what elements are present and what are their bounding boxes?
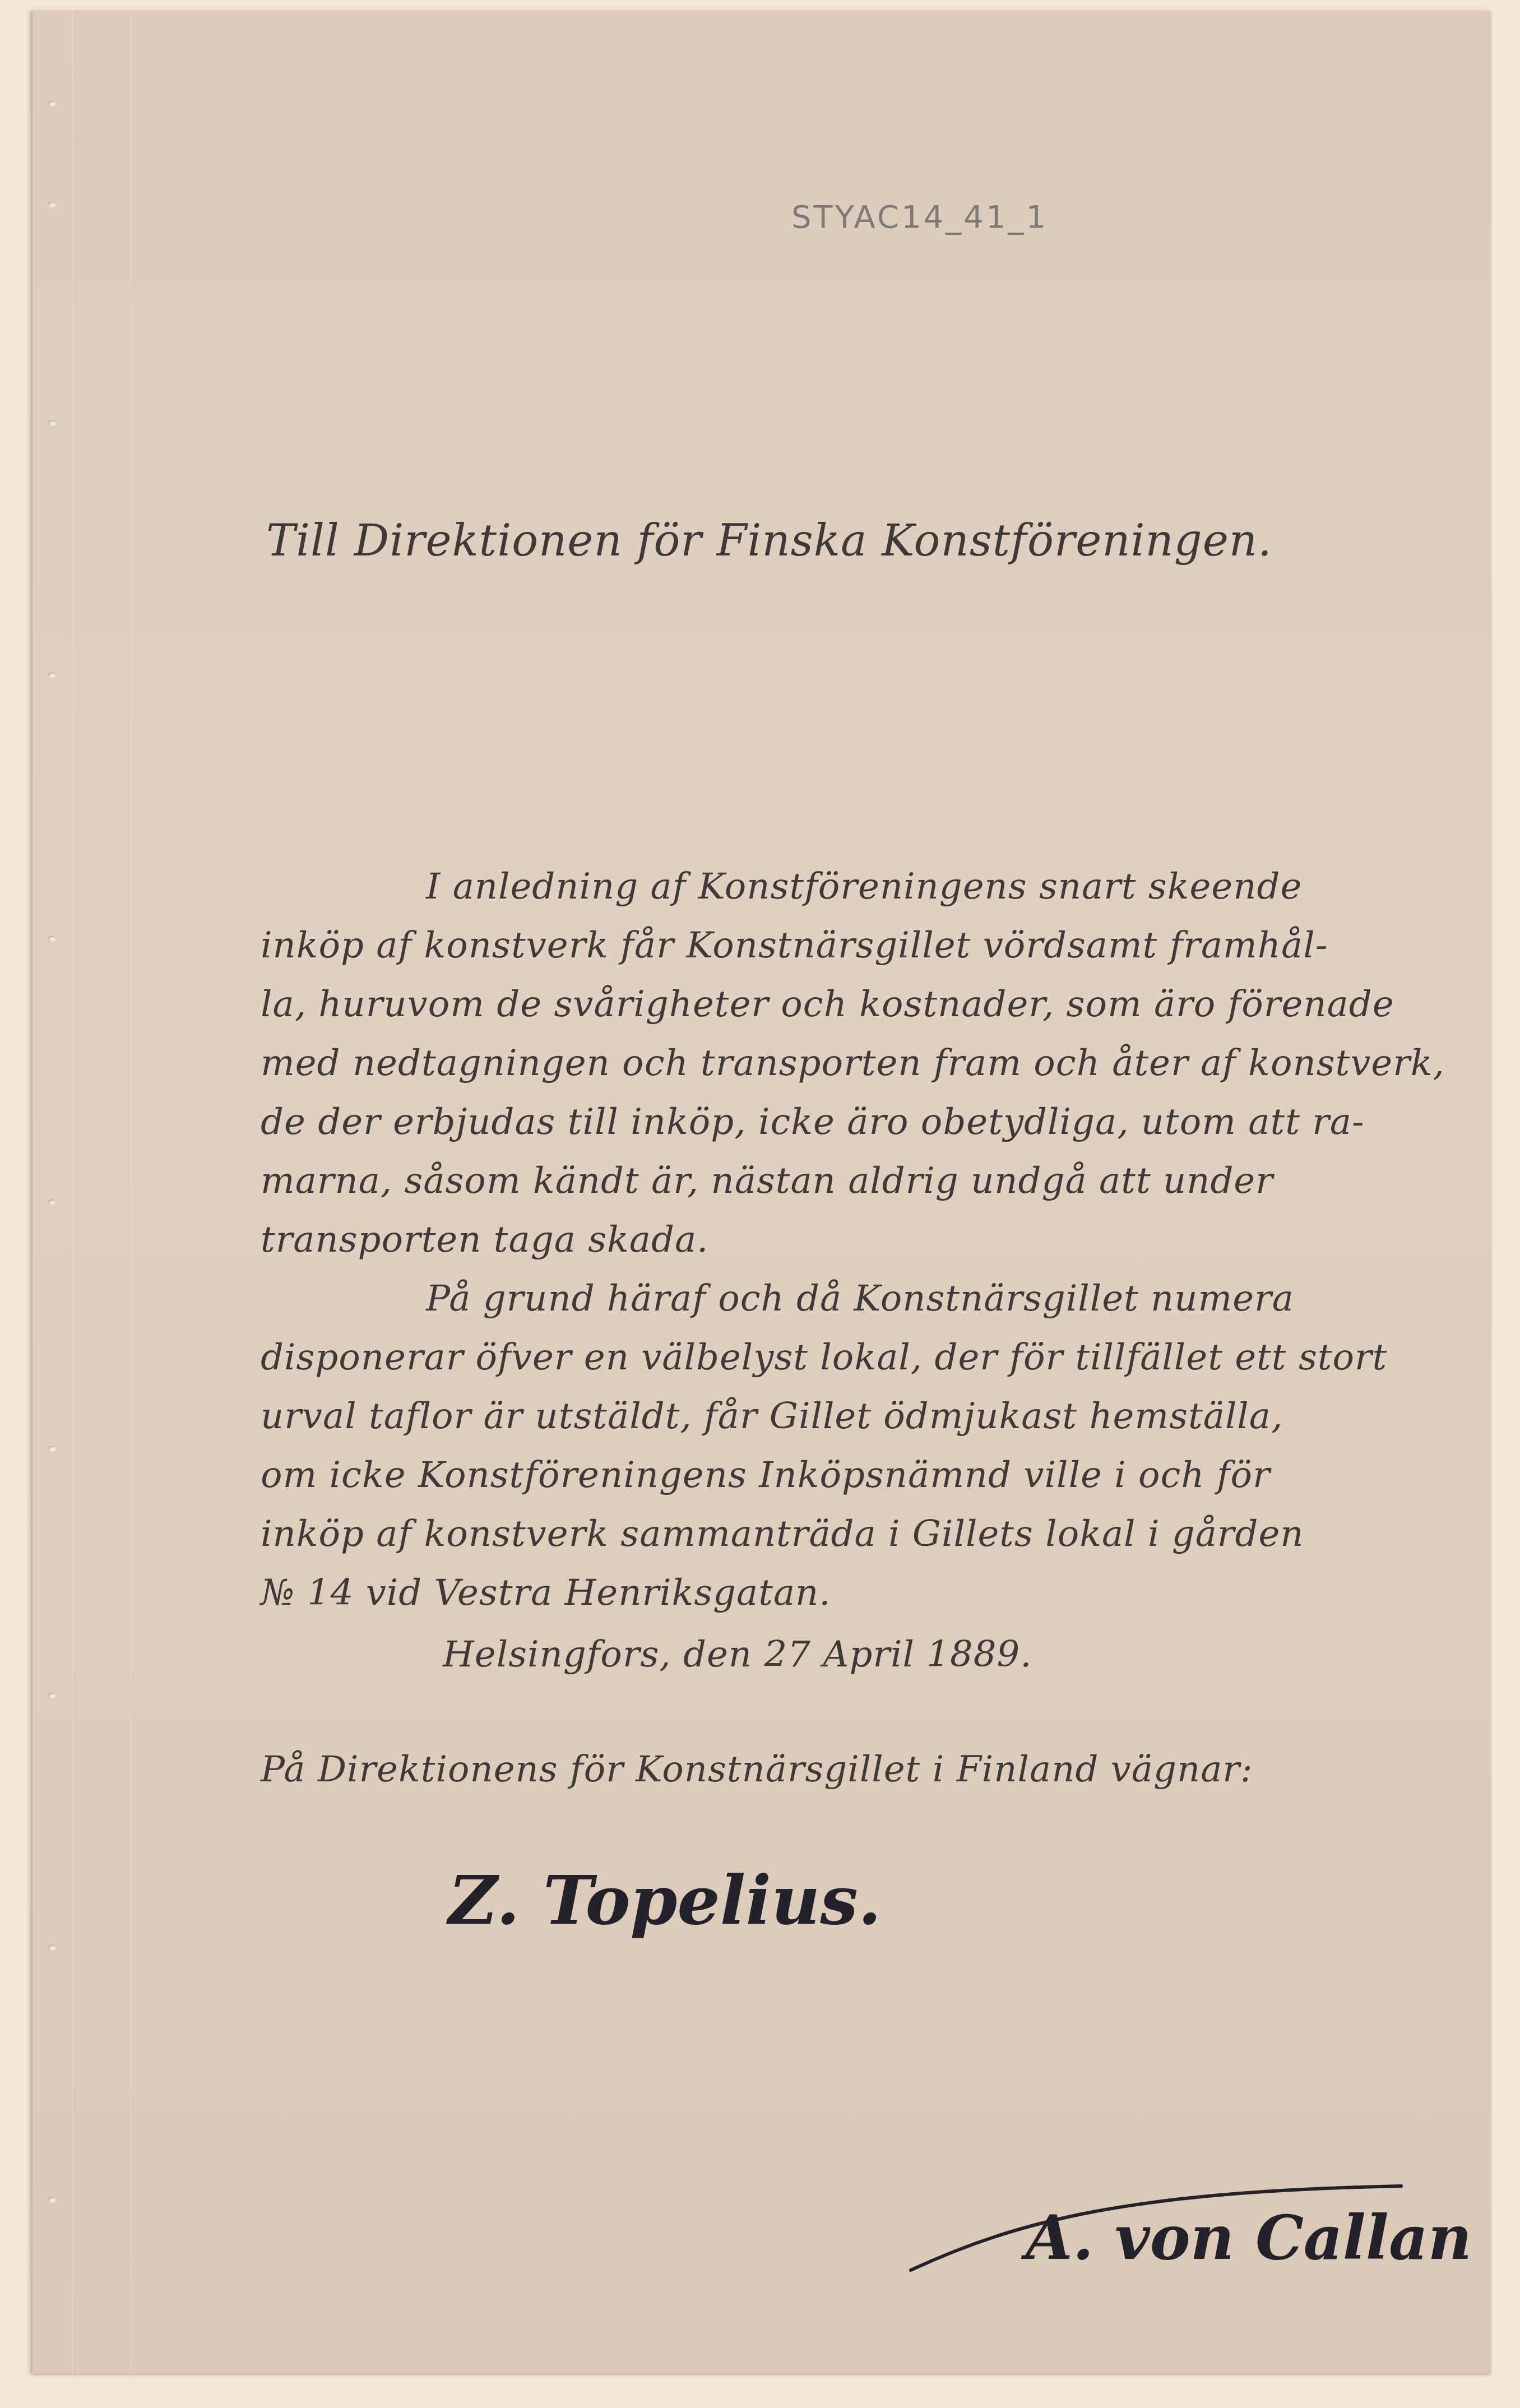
binding-hole: [48, 2197, 56, 2203]
binding-hole: [48, 1693, 56, 1698]
binding-hole: [48, 202, 56, 207]
signature-von-callan: A. von Callan: [1026, 2203, 1472, 2273]
body-line: I anledning af Konstföreningens snart sk…: [426, 866, 1302, 907]
margin-line: [131, 11, 132, 2374]
letter-heading: Till Direktionen för Finska Konstförenin…: [266, 516, 1272, 566]
margin-line: [72, 11, 73, 2374]
place-date: Helsingfors, den 27 April 1889.: [443, 1634, 1032, 1675]
body-line: № 14 vid Vestra Henriksgatan.: [261, 1572, 831, 1614]
binding-hole: [48, 673, 56, 678]
binding-hole: [48, 1446, 56, 1452]
body-line: inköp af konstverk sammanträda i Gillets…: [261, 1513, 1304, 1555]
body-line: transporten taga skada.: [261, 1219, 708, 1261]
body-line: de der erbjudas till inköp, icke äro obe…: [261, 1101, 1365, 1143]
archive-annotation: STYAC14_41_1: [791, 199, 1048, 235]
body-line: urval taflor är utstäldt, får Gillet ödm…: [261, 1396, 1283, 1437]
body-line: disponerar öfver en välbelyst lokal, der…: [261, 1337, 1387, 1378]
body-line: inköp af konstverk får Konstnärsgillet v…: [261, 925, 1328, 966]
binding-hole: [48, 936, 56, 942]
binding-hole: [48, 101, 56, 106]
binding-hole: [48, 1200, 56, 1205]
binding-hole: [48, 1945, 56, 1951]
body-line: marna, såsom kändt är, nästan aldrig und…: [261, 1160, 1273, 1202]
closing-line: På Direktionens för Konstnärsgillet i Fi…: [261, 1749, 1253, 1790]
binding-hole: [48, 420, 56, 426]
body-line: med nedtagningen och transporten fram oc…: [261, 1043, 1445, 1084]
body-line: På grund häraf och då Konstnärsgillet nu…: [426, 1278, 1294, 1319]
body-line: la, huruvom de svårigheter och kostnader…: [261, 984, 1394, 1025]
body-line: om icke Konstföreningens Inköpsnämnd vil…: [261, 1455, 1271, 1496]
signature-topelius: Z. Topelius.: [448, 1861, 882, 1940]
